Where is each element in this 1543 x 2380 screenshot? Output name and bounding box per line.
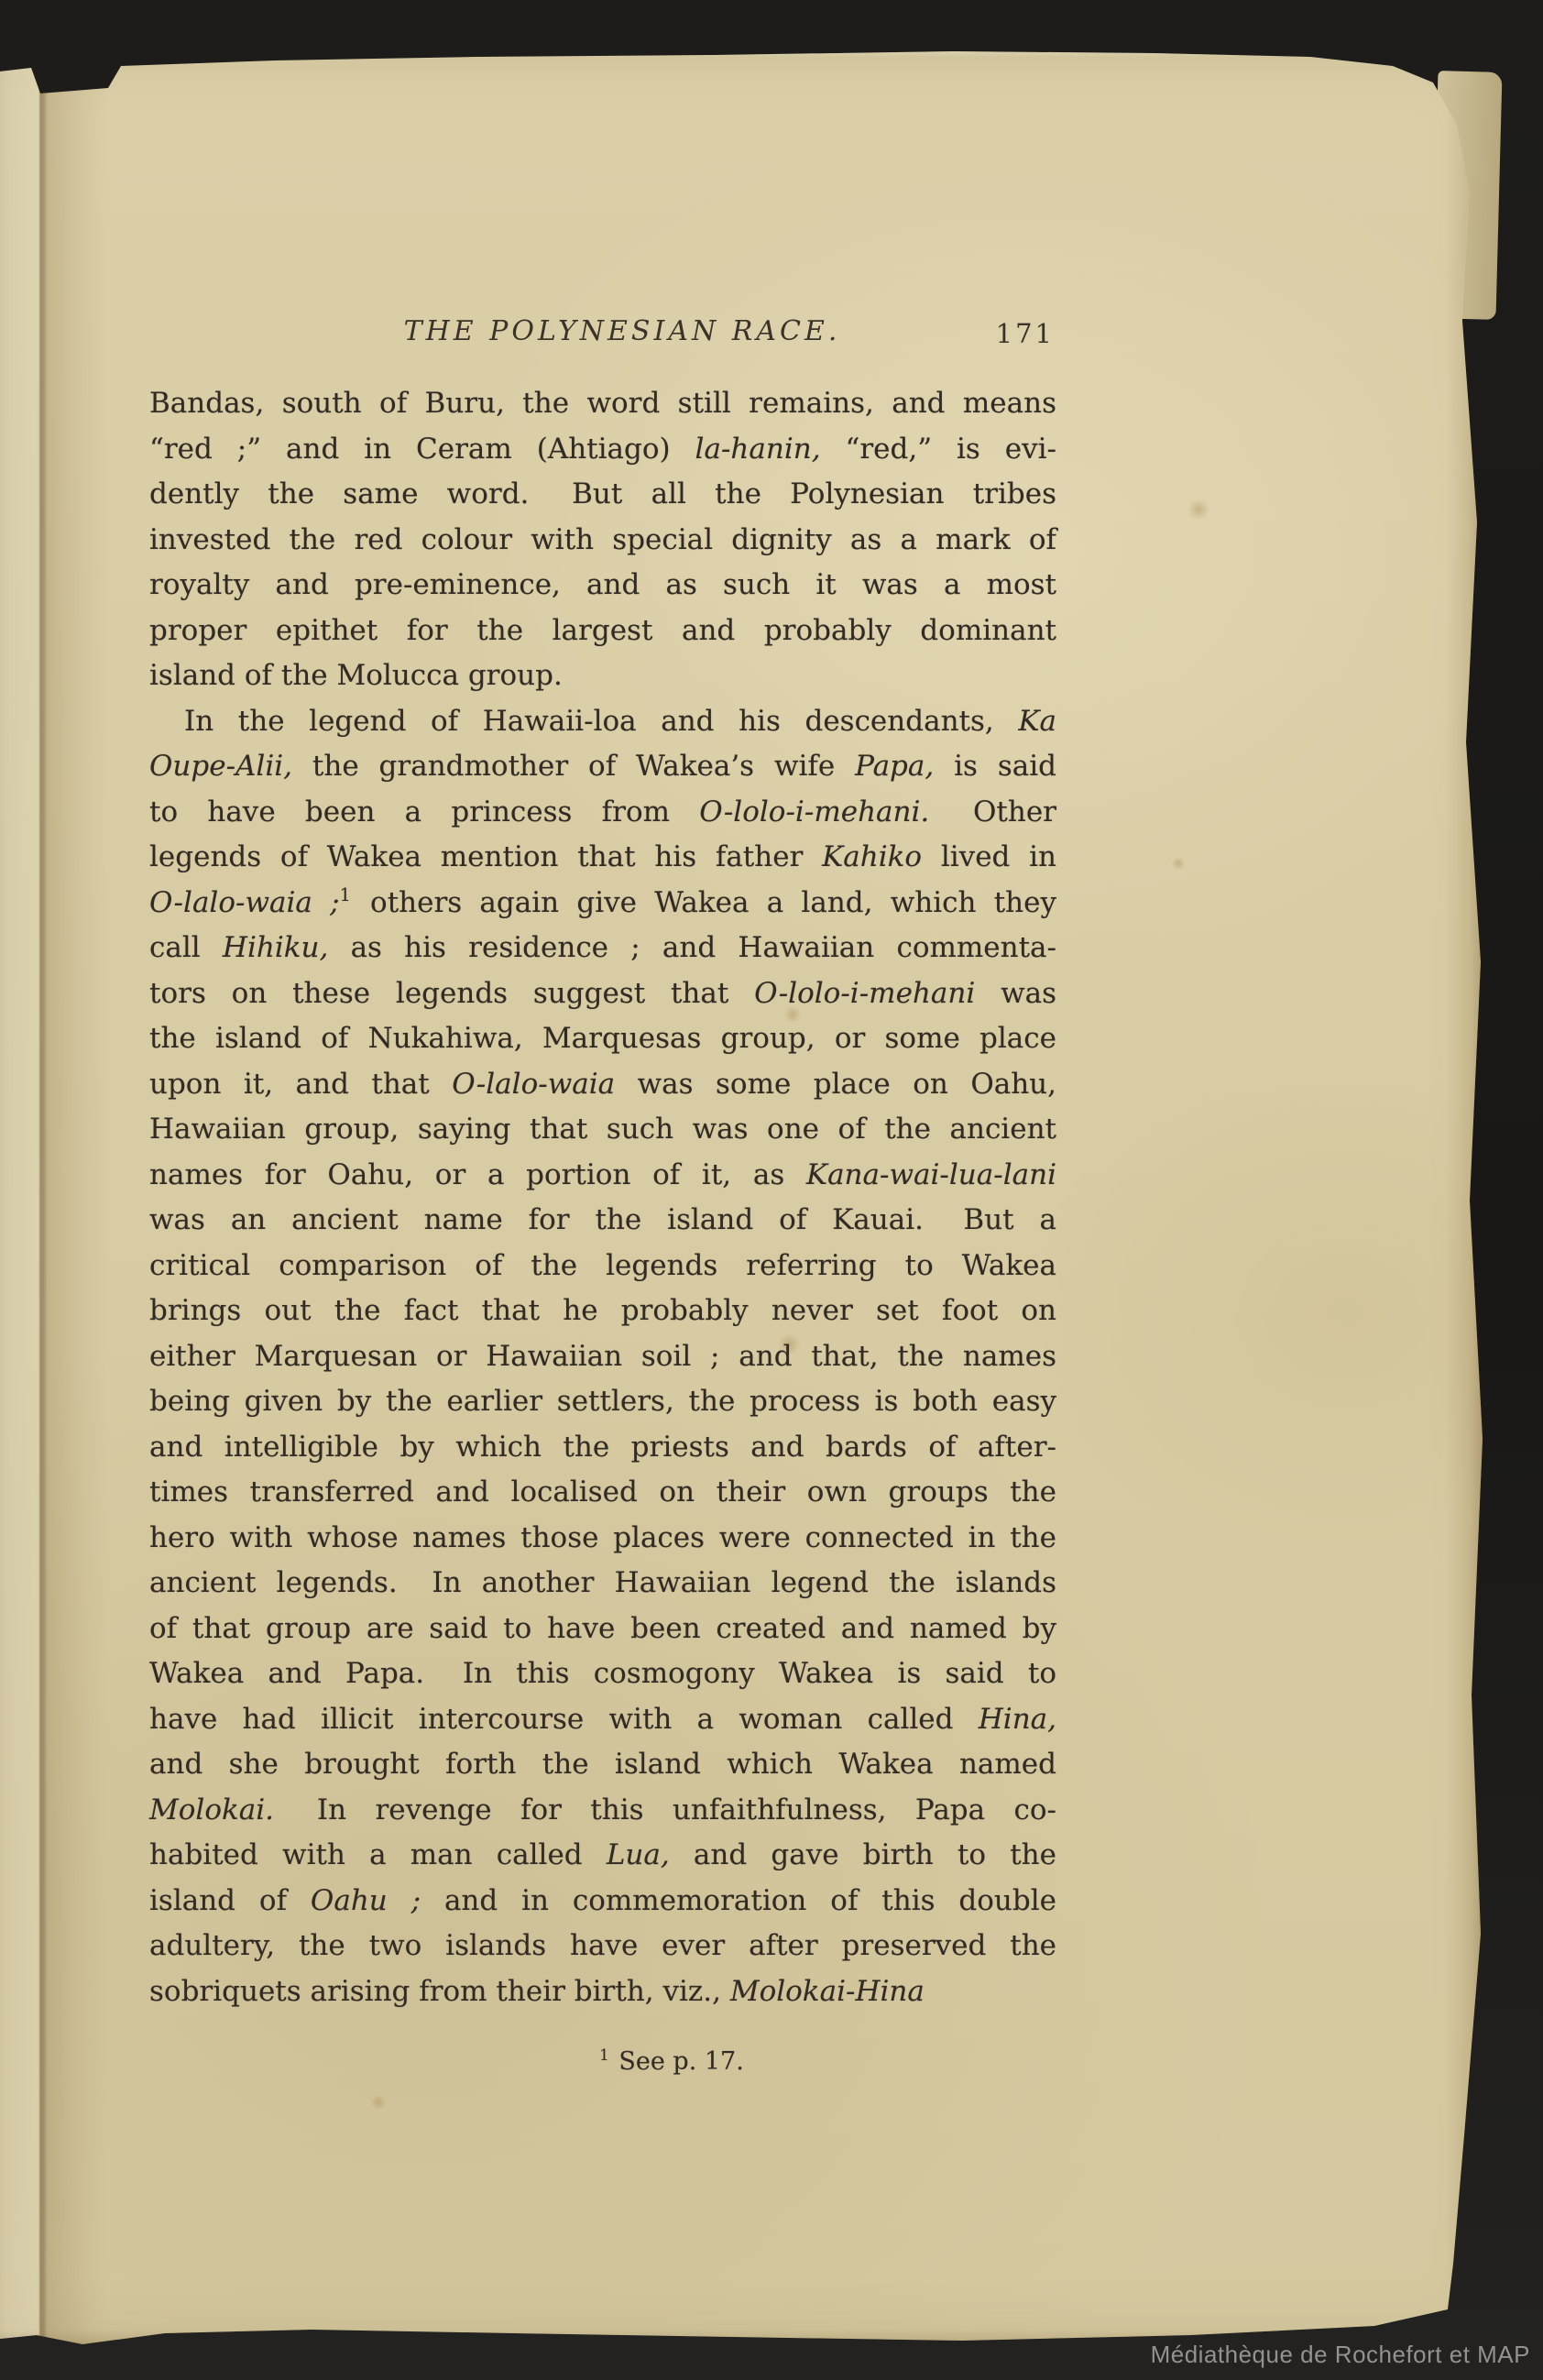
text-line: invested the red colour with special dig… [149,518,1056,564]
text-line: and she brought forth the island which W… [149,1742,1056,1788]
footnote-marker: 1 [599,2045,609,2064]
fore-edge-shading [1446,46,1495,2348]
text-line: Hawaiian group, saying that such was one… [149,1107,1056,1153]
text-line: names for Oahu, or a portion of it, as K… [149,1153,1056,1199]
text-line: adultery, the two islands have ever afte… [149,1924,1056,1969]
text-line: habited with a man called Lua, and gave … [149,1833,1056,1879]
text-line: sobriquets arising from their birth, viz… [149,1969,1056,2015]
text-line: upon it, and that O-lalo-waia was some p… [149,1062,1056,1108]
text-line: times transferred and localised on their… [149,1470,1056,1516]
watermark: Médiathèque de Rochefort et MAP [1151,2341,1530,2369]
text-line: call Hihiku, as his residence ; and Hawa… [149,926,1056,971]
foxing-spot [370,2095,387,2110]
text-line: island of the Molucca group. [149,653,1056,699]
text-line: was an ancient name for the island of Ka… [149,1198,1056,1244]
text-line: proper epithet for the largest and proba… [149,609,1056,654]
text-line: O-lalo-waia ;1 others again give Wakea a… [149,881,1056,927]
text-line: tors on these legends suggest that O-lol… [149,971,1056,1017]
text-line: and intelligible by which the priests an… [149,1425,1056,1471]
text-line: the island of Nukahiwa, Marquesas group,… [149,1016,1056,1062]
page-number: 171 [996,317,1055,350]
text-line: Bandas, south of Buru, the word still re… [149,381,1056,427]
footnote: 1 See p. 17. [149,2047,1056,2076]
foxing-spot [1171,857,1186,870]
book-page: THE POLYNESIAN RACE. 171 Bandas, south o… [0,46,1495,2348]
text-line: being given by the earlier settlers, the… [149,1379,1056,1425]
foxing-spot [1187,499,1210,520]
paragraph: Bandas, south of Buru, the word still re… [149,381,1056,699]
text-line: brings out the fact that he probably nev… [149,1289,1056,1334]
text-line: royalty and pre-eminence, and as such it… [149,563,1056,609]
text-line: In the legend of Hawaii-loa and his desc… [149,699,1056,745]
text-line: “red ;” and in Ceram (Ahtiago) la-hanin,… [149,427,1056,473]
text-line: legends of Wakea mention that his father… [149,835,1056,881]
text-line: either Marquesan or Hawaiian soil ; and … [149,1334,1056,1380]
text-line: to have been a princess from O-lolo-i-me… [149,790,1056,836]
text-line: of that group are said to have been crea… [149,1607,1056,1652]
page-title: THE POLYNESIAN RACE. [149,315,1056,348]
text-line: island of Oahu ; and in commemoration of… [149,1879,1056,1925]
text-line: Molokai. In revenge for this unfaithfuln… [149,1788,1056,1834]
text-line: Wakea and Papa. In this cosmogony Wakea … [149,1651,1056,1697]
text-line: Oupe-Alii, the grandmother of Wakea’s wi… [149,744,1056,790]
gutter-crease [0,46,110,2348]
scan-background: THE POLYNESIAN RACE. 171 Bandas, south o… [0,0,1543,2380]
body-text: Bandas, south of Buru, the word still re… [149,381,1056,2014]
running-head: THE POLYNESIAN RACE. 171 [149,315,1056,352]
text-line: have had illicit intercourse with a woma… [149,1697,1056,1743]
footnote-text: See p. 17. [611,2047,744,2076]
text-line: dently the same word. But all the Polyne… [149,472,1056,518]
text-line: hero with whose names those places were … [149,1516,1056,1562]
text-line: ancient legends. In another Hawaiian leg… [149,1561,1056,1607]
paragraph: In the legend of Hawaii-loa and his desc… [149,699,1056,2015]
text-line: critical comparison of the legends refer… [149,1244,1056,1289]
